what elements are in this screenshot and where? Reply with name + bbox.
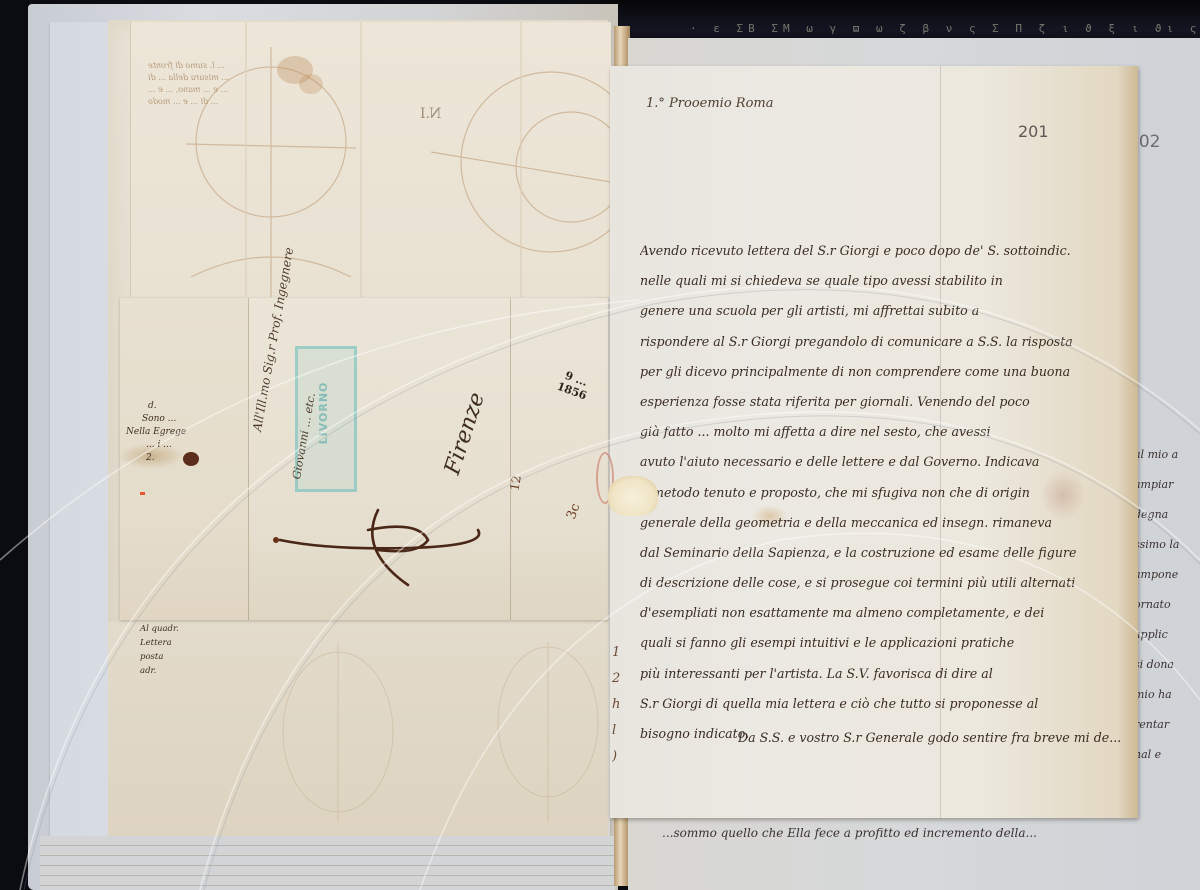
letter-line: esperienza fosse stata riferita per gior… [640, 387, 1130, 417]
red-mark [140, 492, 145, 495]
letter-heading: 1.° Prooemio Roma [646, 96, 773, 111]
figure-label: N.I [420, 106, 441, 122]
fold-line [248, 298, 249, 620]
mirrored-sketch-note: ... l. sumo di fronte ... misura della .… [148, 60, 278, 108]
letter-line: già fatto ... molto mi affetta a dire ne… [640, 417, 1130, 447]
envelope-mark: 12 [507, 474, 523, 491]
page-edges-bottom [40, 836, 615, 890]
letter-line: d'esempliati non esattamente ma almeno c… [640, 598, 1130, 628]
binding-edge-text: · ε ΣΒ ΣΜ ω γ ϖ ω ζ β ν ς Σ Π ζ ι ϑ ξ ι … [690, 22, 1200, 38]
paper-hole [608, 476, 658, 516]
fold-line [510, 298, 511, 620]
letter-body: Avendo ricevuto lettera del S.r Giorgi e… [640, 236, 1130, 749]
letter-line: generale della geometria e della meccani… [640, 508, 1130, 538]
underlying-text-fragments: al mio a ampiar degna ssimo la ampone or… [1134, 440, 1200, 770]
letter-line: avuto l'aiuto necessario e delle lettere… [640, 447, 1130, 477]
lower-margin-notes: Al quadr. Lettera posta adr. [140, 622, 220, 678]
page-number: 201 [1018, 122, 1049, 141]
letter-line: più interessanti per l'artista. La S.V. … [640, 659, 1130, 689]
letter-closing: Da S.S. e vostro S.r Generale godo senti… [738, 730, 1138, 745]
postal-stamp-text: LIVORNO [317, 378, 333, 448]
letter-line: quali si fanno gli esempi intuitivi e le… [640, 628, 1130, 658]
letter-line: Avendo ricevuto lettera del S.r Giorgi e… [640, 236, 1130, 266]
letter-line: dal Seminario della Sapienza, e la costr… [640, 538, 1130, 568]
signature-flourish-icon [268, 500, 488, 604]
letter-line: genere una scuola per gli artisti, mi af… [640, 296, 1130, 326]
letter-line: nelle quali mi si chiedeva se quale tipo… [640, 266, 1130, 296]
letter-line: S.r Giorgi di quella mia lettera e ciò c… [640, 689, 1130, 719]
letter-line: rispondere al S.r Giorgi pregandolo di c… [640, 327, 1130, 357]
margin-marks: 1 2 h l ) [612, 640, 642, 770]
underlying-bottom-line: ...sommo quello che Ella fece a profitto… [648, 826, 1200, 866]
flap-notes: d. Sono ... Nella Egrege ... i ... 2. [126, 400, 206, 465]
letter-line: il metodo tenuto e proposto, che mi sfug… [640, 478, 1130, 508]
letter-line: per gli dicevo principalmente di non com… [640, 357, 1130, 387]
letter-line: di descrizione delle cose, e si prosegue… [640, 568, 1130, 598]
